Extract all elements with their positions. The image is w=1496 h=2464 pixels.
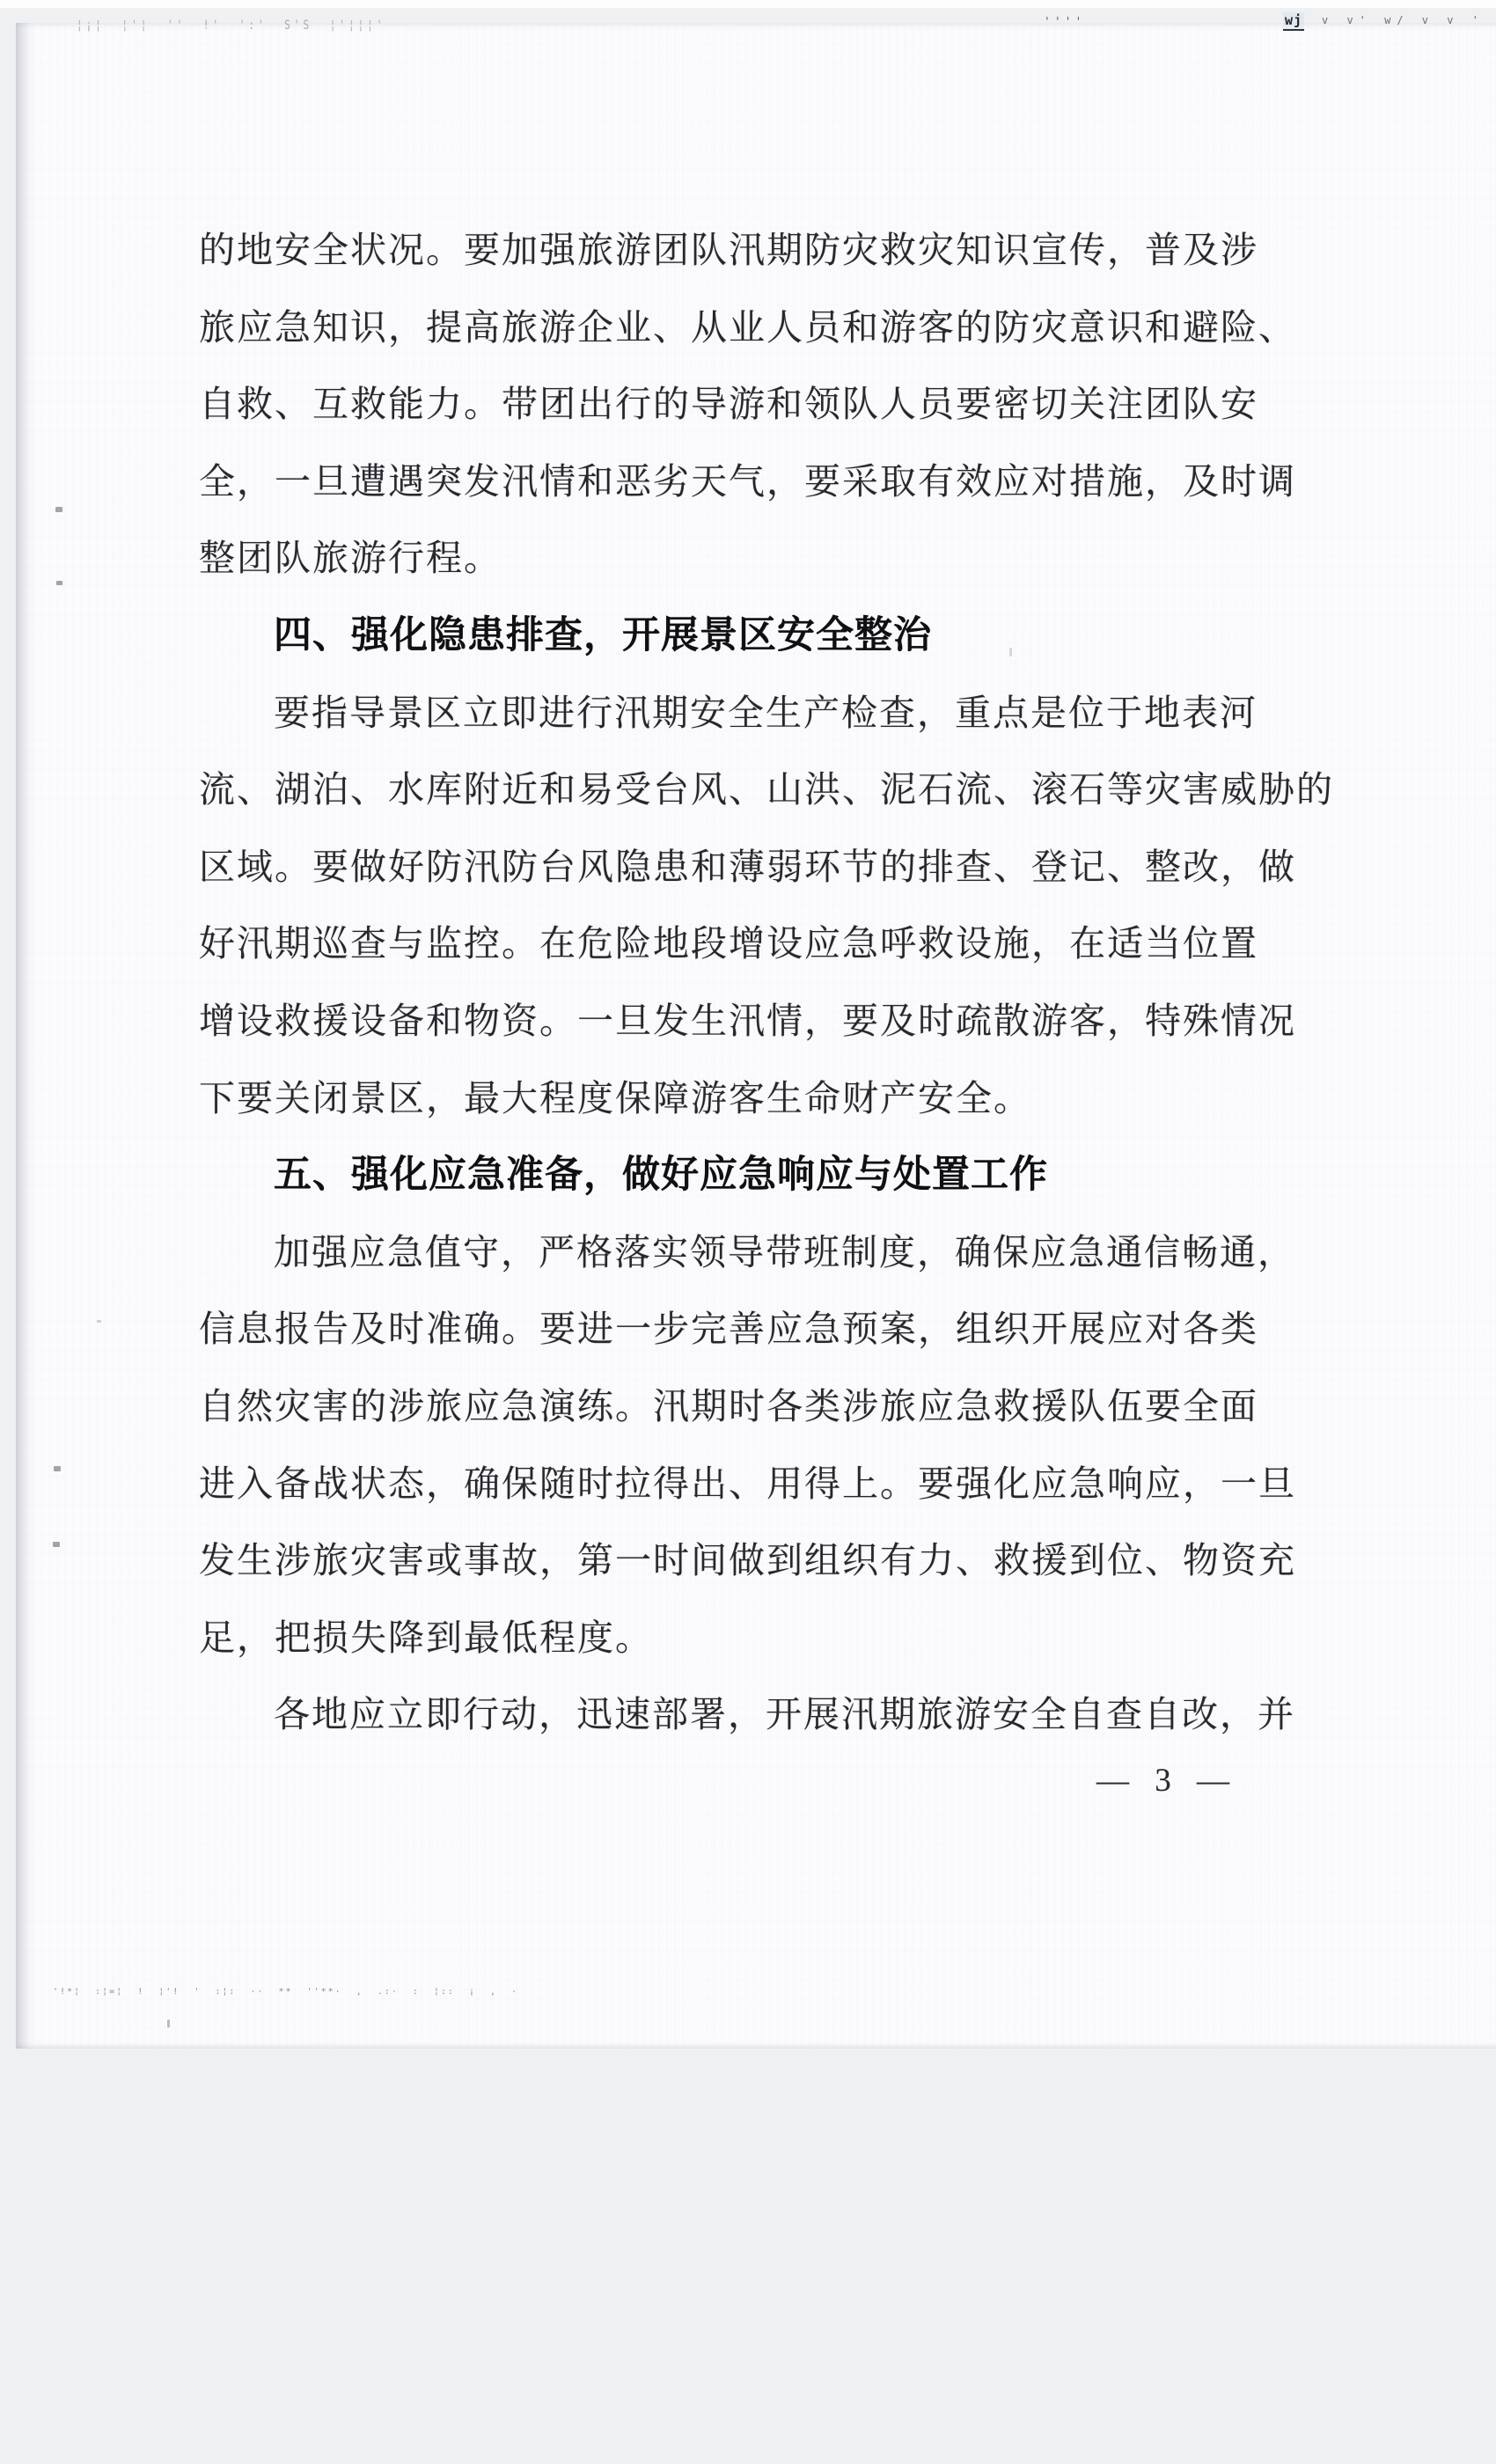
scan-noise-top-left: ¦¡¦ ¦'¦ '' !' ':' S'S ¦'¦¦¦': [77, 18, 354, 32]
text-line: 增设救援设备和物资。一旦发生汛情，要及时疏散游客，特殊情况: [199, 983, 1268, 1060]
page-number: — 3 —: [1096, 1762, 1231, 1800]
text-line: 五、强化应急准备，做好应急响应与处置工作: [199, 1137, 1268, 1214]
scan-noise-bottom: '!*¦ :¦=¦ ! ¦'! ' :¦: ·· ** ''**· , .:· …: [53, 1987, 686, 1997]
scan-speck: [55, 507, 62, 512]
scan-speck: [53, 1542, 60, 1547]
text-line: 整团队旅游行程。: [199, 520, 1268, 598]
text-line: 自然灾害的涉旅应急演练。汛期时各类涉旅应急救援队伍要全面: [199, 1368, 1268, 1446]
text-line: 旅应急知识，提高旅游企业、从业人员和游客的防灾意识和避险、: [199, 290, 1268, 367]
scan-noise-top-center: '''': [1044, 16, 1085, 29]
scan-speck: [54, 1466, 61, 1471]
scan-mark-top-right: wj: [1283, 12, 1304, 31]
text-line: 自救、互救能力。带团出行的导游和领队人员要密切关注团队安: [199, 366, 1268, 444]
scan-speck: [56, 581, 62, 585]
scan-speck: [97, 1320, 101, 1323]
text-line: 足，把损失降到最低程度。: [199, 1600, 1268, 1677]
text-line: 进入备战状态，确保随时拉得出、用得上。要强化应急响应，一旦: [199, 1446, 1268, 1523]
text-line: 发生涉旅灾害或事故，第一时间做到组织有力、救援到位、物资充: [199, 1522, 1268, 1600]
text-line: 全，一旦遭遇突发汛情和恶劣天气，要采取有效应对措施，及时调: [199, 444, 1268, 521]
text-line: 流、湖泊、水库附近和易受台风、山洪、泥石流、滚石等灾害威胁的: [199, 752, 1268, 829]
scan-speck: [167, 2020, 170, 2028]
text-line: 加强应急值守，严格落实领导带班制度，确保应急通信畅通，: [199, 1214, 1268, 1292]
document-body: 的地安全状况。要加强旅游团队汛期防灾救灾知识宣传，普及涉旅应急知识，提高旅游企业…: [199, 212, 1268, 1754]
text-line: 好汛期巡查与监控。在危险地段增设应急呼救设施，在适当位置: [199, 906, 1268, 983]
text-line: 下要关闭景区，最大程度保障游客生命财产安全。: [199, 1060, 1268, 1138]
scan-speck: [1009, 648, 1012, 656]
scanned-page-canvas: ¦¡¦ ¦'¦ '' !' ':' S'S ¦'¦¦¦' '''' wj v v…: [0, 0, 1496, 2464]
text-line: 四、强化隐患排查，开展景区安全整治: [199, 598, 1268, 675]
text-line: 信息报告及时准确。要进一步完善应急预案，组织开展应对各类: [199, 1291, 1268, 1368]
scan-top-edge: [0, 0, 1496, 8]
text-line: 各地应立即行动，迅速部署，开展汛期旅游安全自查自改，并: [199, 1676, 1268, 1754]
text-line: 的地安全状况。要加强旅游团队汛期防灾救灾知识宣传，普及涉: [199, 212, 1268, 290]
text-line: 区域。要做好防汛防台风隐患和薄弱环节的排查、登记、整改，做: [199, 829, 1268, 906]
text-line: 要指导景区立即进行汛期安全生产检查，重点是位于地表河: [199, 675, 1268, 752]
scan-noise-top-right: v v' w/ v v ': [1322, 14, 1485, 26]
